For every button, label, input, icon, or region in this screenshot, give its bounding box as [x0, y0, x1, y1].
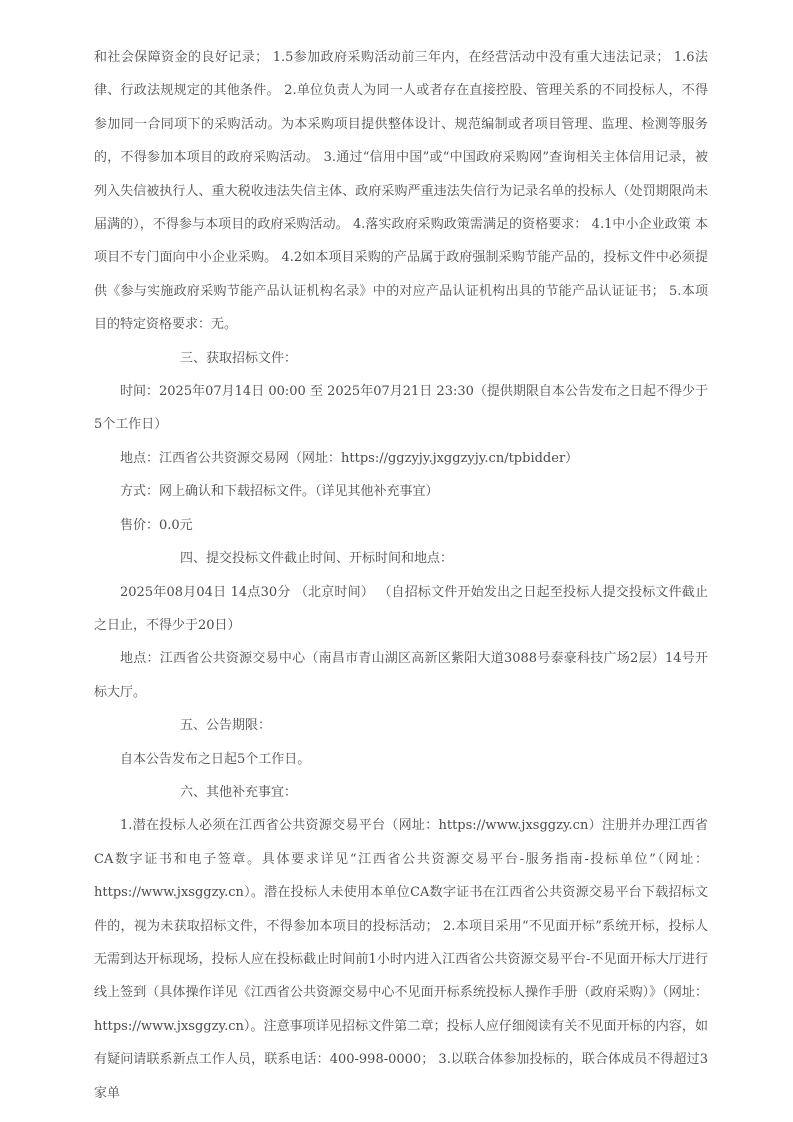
paragraph-supplementary-matters: 1.潜在投标人必须在江西省公共资源交易平台（网址：https://www.jxs…: [94, 809, 708, 1110]
paragraph-obtain-location: 地点：江西省公共资源交易网（网址：https://ggzyjy.jxggzyjy…: [94, 442, 708, 475]
heading-section-5-announcement-period: 五、公告期限：: [94, 709, 708, 742]
paragraph-announcement-period: 自本公告发布之日起5个工作日。: [94, 743, 708, 776]
document-body: 和社会保障资金的良好记录； 1.5参加政府采购活动前三年内，在经营活动中没有重大…: [94, 41, 708, 1110]
paragraph-price: 售价：0.0元: [94, 509, 708, 542]
paragraph-bid-opening-location: 地点：江西省公共资源交易中心（南昌市青山湖区高新区紫阳大道3088号泰豪科技广场…: [94, 642, 708, 709]
heading-section-4-submission-deadline: 四、提交投标文件截止时间、开标时间和地点：: [94, 542, 708, 575]
paragraph-obtain-time: 时间：2025年07月14日 00:00 至 2025年07月21日 23:30…: [94, 375, 708, 442]
paragraph-deadline-datetime: 2025年08月04日 14点30分 （北京时间） （自招标文件开始发出之日起至…: [94, 576, 708, 643]
heading-section-3-obtain-bid-documents: 三、获取招标文件：: [94, 342, 708, 375]
paragraph-qualification-requirements: 和社会保障资金的良好记录； 1.5参加政府采购活动前三年内，在经营活动中没有重大…: [94, 41, 708, 342]
heading-section-6-supplementary-matters: 六、其他补充事宜：: [94, 776, 708, 809]
document-page: 和社会保障资金的良好记录； 1.5参加政府采购活动前三年内，在经营活动中没有重大…: [0, 0, 793, 1122]
paragraph-obtain-method: 方式：网上确认和下载招标文件。（详见其他补充事宜）: [94, 475, 708, 508]
